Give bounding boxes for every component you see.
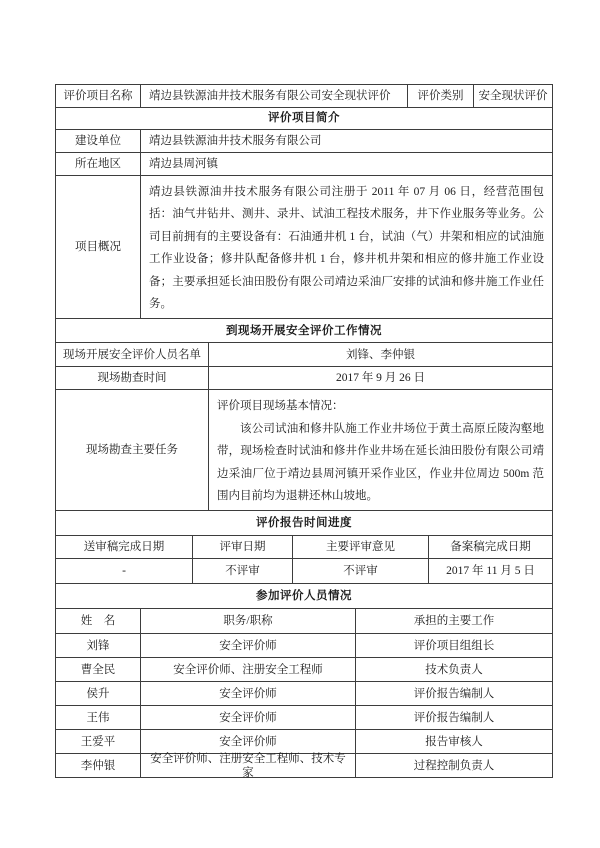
personnel-name: 曹全民 [56, 658, 141, 682]
section-title-report-schedule: 评价报告时间进度 [56, 511, 553, 536]
evaluation-summary-table: 评价项目名称 靖边县铁源油井技术服务有限公司安全现状评价 评价类别 安全现状评价… [55, 84, 553, 778]
table-row: 到现场开展安全评价工作情况 [56, 319, 553, 343]
table-row: 建设单位 靖边县铁源油井技术服务有限公司 [56, 130, 553, 153]
builder-value: 靖边县铁源油井技术服务有限公司 [141, 130, 553, 153]
table-row: - 不评审 不评审 2017 年 11 月 5 日 [56, 559, 553, 584]
region-label: 所在地区 [56, 153, 141, 176]
personnel-name: 侯升 [56, 682, 141, 706]
schedule-value-record-date: 2017 年 11 月 5 日 [429, 559, 553, 584]
overview-label: 项目概况 [56, 176, 141, 319]
personnel-row: 李仲银 安全评价师、注册安全工程师、技术专家 过程控制负责人 [56, 754, 553, 778]
survey-task-label: 现场勘查主要任务 [56, 390, 209, 511]
section-title-site-work: 到现场开展安全评价工作情况 [56, 319, 553, 343]
table-row: 评价项目名称 靖边县铁源油井技术服务有限公司安全现状评价 评价类别 安全现状评价 [56, 85, 553, 108]
site-staff-label: 现场开展安全评价人员名单 [56, 343, 209, 367]
region-value: 靖边县周河镇 [141, 153, 553, 176]
personnel-row: 曹全民 安全评价师、注册安全工程师 技术负责人 [56, 658, 553, 682]
personnel-work: 评价报告编制人 [356, 682, 553, 706]
schedule-value-draft-date: - [56, 559, 193, 584]
table-row: 参加评价人员情况 [56, 584, 553, 609]
personnel-title: 安全评价师、注册安全工程师 [141, 658, 356, 682]
table-row: 评价报告时间进度 [56, 511, 553, 536]
personnel-header-title: 职务/职称 [141, 609, 356, 634]
personnel-work: 报告审核人 [356, 730, 553, 754]
eval-type-label: 评价类别 [408, 85, 474, 108]
table-row: 项目概况 靖边县铁源油井技术服务有限公司注册于 2011 年 07 月 06 日… [56, 176, 553, 319]
schedule-header-review-date: 评审日期 [193, 536, 293, 559]
personnel-header-work: 承担的主要工作 [356, 609, 553, 634]
table-row: 现场开展安全评价人员名单 刘锋、李仲银 [56, 343, 553, 367]
eval-type-value: 安全现状评价 [474, 85, 553, 108]
personnel-name: 王爱平 [56, 730, 141, 754]
table-row: 现场勘查时间 2017 年 9 月 26 日 [56, 367, 553, 390]
schedule-header-record-date: 备案稿完成日期 [429, 536, 553, 559]
overview-value: 靖边县铁源油井技术服务有限公司注册于 2011 年 07 月 06 日，经营范围… [141, 176, 553, 319]
builder-label: 建设单位 [56, 130, 141, 153]
overview-paragraph: 靖边县铁源油井技术服务有限公司注册于 2011 年 07 月 06 日，经营范围… [149, 181, 544, 315]
survey-time-value: 2017 年 9 月 26 日 [209, 367, 553, 390]
personnel-name: 王伟 [56, 706, 141, 730]
survey-task-line1: 评价项目现场基本情况： [217, 395, 544, 417]
personnel-row: 王伟 安全评价师 评价报告编制人 [56, 706, 553, 730]
personnel-name: 刘锋 [56, 634, 141, 658]
personnel-row: 侯升 安全评价师 评价报告编制人 [56, 682, 553, 706]
personnel-title: 安全评价师 [141, 682, 356, 706]
personnel-name: 李仲银 [56, 754, 141, 778]
survey-task-line2: 该公司试油和修井队施工作业井场位于黄土高原丘陵沟壑地带，现场检查时试油和修井作业… [217, 418, 544, 508]
schedule-value-review-date: 不评审 [193, 559, 293, 584]
document-page: 评价项目名称 靖边县铁源油井技术服务有限公司安全现状评价 评价类别 安全现状评价… [0, 0, 600, 848]
project-name-label: 评价项目名称 [56, 85, 141, 108]
survey-time-label: 现场勘查时间 [56, 367, 209, 390]
schedule-header-review-opinion: 主要评审意见 [293, 536, 429, 559]
schedule-value-review-opinion: 不评审 [293, 559, 429, 584]
table-header-row: 送审稿完成日期 评审日期 主要评审意见 备案稿完成日期 [56, 536, 553, 559]
personnel-row: 刘锋 安全评价师 评价项目组组长 [56, 634, 553, 658]
table-row: 评价项目简介 [56, 108, 553, 130]
table-row: 所在地区 靖边县周河镇 [56, 153, 553, 176]
personnel-work: 评价报告编制人 [356, 706, 553, 730]
section-title-project-intro: 评价项目简介 [56, 108, 553, 130]
personnel-title: 安全评价师、注册安全工程师、技术专家 [141, 754, 356, 778]
personnel-title: 安全评价师 [141, 634, 356, 658]
personnel-work: 技术负责人 [356, 658, 553, 682]
table-row: 现场勘查主要任务 评价项目现场基本情况： 该公司试油和修井队施工作业井场位于黄土… [56, 390, 553, 511]
site-staff-value: 刘锋、李仲银 [209, 343, 553, 367]
personnel-work: 评价项目组组长 [356, 634, 553, 658]
table-header-row: 姓 名 职务/职称 承担的主要工作 [56, 609, 553, 634]
project-name-value: 靖边县铁源油井技术服务有限公司安全现状评价 [141, 85, 408, 108]
personnel-title: 安全评价师 [141, 706, 356, 730]
section-title-personnel: 参加评价人员情况 [56, 584, 553, 609]
schedule-header-draft-date: 送审稿完成日期 [56, 536, 193, 559]
personnel-work: 过程控制负责人 [356, 754, 553, 778]
personnel-header-name: 姓 名 [56, 609, 141, 634]
survey-task-value: 评价项目现场基本情况： 该公司试油和修井队施工作业井场位于黄土高原丘陵沟壑地带，… [209, 390, 553, 511]
